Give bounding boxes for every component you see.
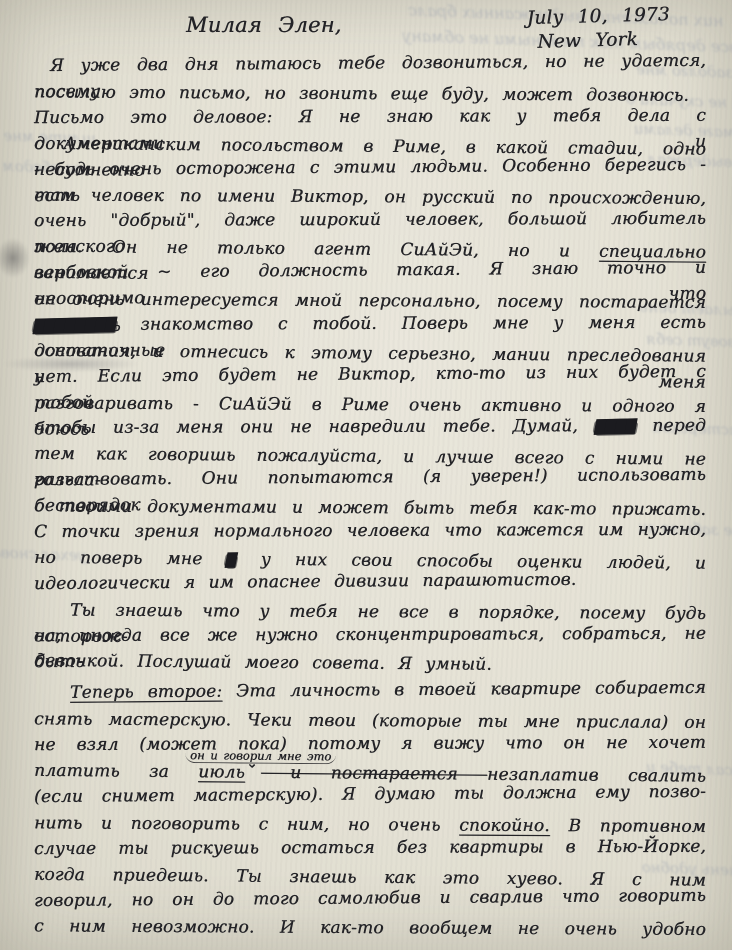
letter-line: Письмо это деловое: Я не знаю как у тебя… bbox=[34, 103, 706, 131]
letter-line: с ним невозможно. И как-то вообщем не оч… bbox=[34, 915, 706, 944]
letter-body: Я уже два дня пытаюсь тебе дозвониться, … bbox=[34, 54, 706, 940]
letter-line: Я уже два дня пытаюсь тебе дозвониться, … bbox=[34, 49, 706, 80]
letter-line: очень "добрый", даже широкий человек, бо… bbox=[34, 207, 706, 235]
letter-line: чтобы из-за меня они не навредили тебе. … bbox=[34, 414, 706, 442]
letter-line: случае ты рискуешь остаться без квартиры… bbox=[34, 834, 706, 862]
insertion-anchor: ⌄он и говорил мне это bbox=[245, 768, 261, 778]
letter-line: на, иногда все же нужно сконцентрировать… bbox=[34, 621, 706, 649]
letter-line: С точки зрения нормального человека что … bbox=[34, 518, 706, 546]
crossed-out-word: ████ bbox=[593, 421, 636, 435]
letter-line: гольствовать. Они попытаются (я уверен!)… bbox=[34, 463, 706, 494]
letter-line: Теперь второе: Эта личность в твоей квар… bbox=[34, 676, 706, 707]
crossed-out-word: ████████ bbox=[33, 319, 117, 334]
letter-scan-page: них положения выдержанных бралс к все де… bbox=[0, 0, 732, 950]
underlined-word: июль bbox=[198, 762, 245, 782]
underlined-word: спокойно. bbox=[459, 815, 550, 835]
letter-line: говорил, но он до того самолюбив и сварл… bbox=[34, 883, 706, 914]
underlined-heading: Теперь второе: bbox=[70, 682, 222, 703]
letter-line: (если снимет мастерскую). Я думаю ты дол… bbox=[34, 780, 706, 811]
letter-line: ████████ знакомство с тобой. Поверь мне … bbox=[34, 311, 706, 339]
salutation: Милая Элен, bbox=[186, 13, 342, 37]
inserted-text: он и говорил мне это bbox=[185, 749, 336, 764]
date-block: July 10, 1973 New York bbox=[526, 3, 671, 55]
letter-line: - будь очень осторожена с этими людьми. … bbox=[34, 152, 706, 183]
letter-line: не взял (может пока) потому я вижу что о… bbox=[34, 731, 706, 759]
letter-line: вербовкой ~ его должность такая. Я знаю … bbox=[34, 256, 706, 287]
ink-smear bbox=[0, 238, 30, 278]
letter-line: идеологически я им опаснее дивизии параш… bbox=[34, 567, 706, 598]
date-line: July 10, 1973 bbox=[526, 3, 670, 31]
letter-line: нет. Если это будет не Виктор, кто-то из… bbox=[34, 359, 706, 390]
